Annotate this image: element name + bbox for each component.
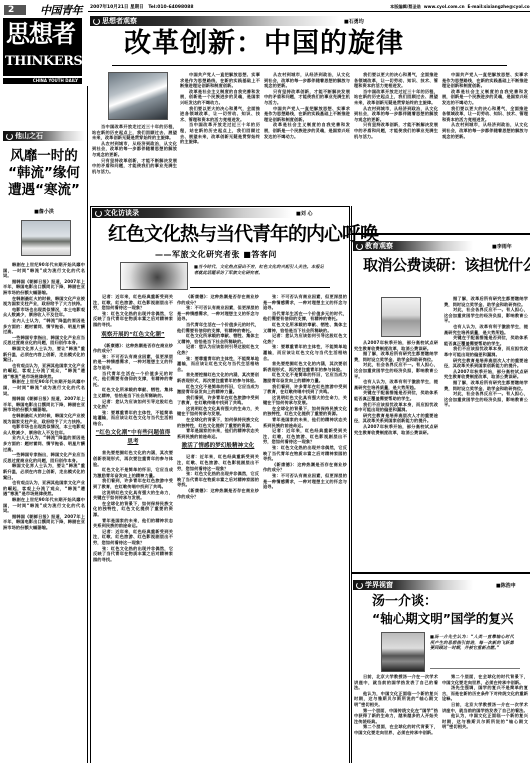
academia-intro: ■汤一介先生认为：“人类一直靠轴心时代所产生的思想指引前进，每一次新的飞跃都要回… <box>430 634 514 664</box>
academia-top-rule <box>352 572 530 574</box>
academia-headline-2: “轴心期文明”国学的复兴 <box>372 611 513 627</box>
education-col1: 从2007年秋季开始，部分高校试点研究生教育收费制度改革，取消公费读研。据了解，… <box>354 340 438 528</box>
section-icon <box>6 133 13 140</box>
top-headline: 改革创新：中国的旋律 <box>124 28 404 60</box>
phone: Tel:010-64098088 <box>148 5 193 10</box>
culture-col3: 张：不可否认有商业因素，但更深层的是一种情感需求，一种对理想主义的怀念与追寻。当… <box>263 294 347 763</box>
section-bar-culture: 文化访谈录 <box>92 208 292 218</box>
temple-photo <box>21 220 71 256</box>
culture-col1: 记者：近年来，红色经典重新受到关注，红歌、红色旅游、红色影视剧层出不穷，您如何看… <box>93 294 173 763</box>
section-bar-education: 教育观察 <box>353 241 473 251</box>
issue-date: 2007年10月21日 星期日 <box>90 5 144 10</box>
left-byline: ■詹小洪 <box>0 208 88 215</box>
section-bar-observation: 思想者观察 <box>90 16 340 26</box>
top-body-col5: 中国共产党人一直把解放思想、实事求是作为思想路线，在新的实践基础上不断推进理论创… <box>442 72 528 200</box>
culture-subhead-2: “红色文化潮”中有些问题值得思考 <box>93 429 173 447</box>
education-top-rule <box>352 233 530 235</box>
top-body-col1: 当中国改革开放走过近三十年的历程，站在新的历史起点上，我们回顾过去、展望未来，改… <box>92 124 177 202</box>
top-headline-rule <box>112 65 507 66</box>
section-name-cn: 思想者 <box>6 19 75 49</box>
education-col2: 据了解，改革后所有研究生都要缴纳学费，同时设立奖学金、助学金和助研岗位。对此，社… <box>444 296 528 528</box>
masthead-block: 2 中国青年报 思想者 THINKERS CHINA YOUTH DAILY <box>0 0 88 86</box>
header-rule <box>88 11 530 12</box>
left-body: 韩剧在上世纪90年代末期开始风靡中国，一时间“韩流”成为流行文化的代名词。据韩国… <box>3 262 85 762</box>
website: www.cyol.com.cn <box>424 4 465 9</box>
academia-col1: 日前，北京大学教授汤一介在一次学术讲座中，就当前的国学热发表了自己的看法。他认为… <box>354 674 438 763</box>
section-bar-tashan: 他山之石 <box>3 131 85 141</box>
academia-byline: ■陈浩申 <box>496 582 516 589</box>
section-label: 教育观察 <box>365 241 393 251</box>
culture-subheadline: ——军旅文化研究者张 ■答客问 <box>155 250 277 260</box>
seagull-photo <box>381 297 421 337</box>
culture-col2: 《新康德》：这种热潮是否存在商业炒作的成分？张：不可否认有商业因素，但更深层的是… <box>177 294 259 763</box>
section-label: 学界视窗 <box>365 580 393 590</box>
left-column-rule <box>87 86 88 763</box>
section-bar-academia: 学界视窗 <box>353 580 473 590</box>
culture-headline: 红色文化热与当代青年的内心呼唤 <box>108 222 378 246</box>
culture-subhead-1: 观察开展的“红色文化潮” <box>93 331 173 340</box>
section-title-block: 思想者 THINKERS <box>3 18 82 76</box>
top-byline: ■石勇均 <box>344 18 364 25</box>
editor: 本版编辑/蔡圣诰 <box>390 4 421 9</box>
culture-intro: ■当今时代，文化热点层出不穷，红色文化的兴起引人关注。本报记者就此话题采访了军旅… <box>194 264 324 284</box>
section-icon <box>356 582 363 589</box>
top-body-col2: 中国共产党人一直把解放思想、实事求是作为思想路线，在新的实践基础上不断推进理论创… <box>180 72 260 202</box>
section-icon <box>356 243 363 250</box>
section-label: 文化访谈录 <box>104 208 139 218</box>
culture-intro-rule <box>190 287 330 288</box>
culture-byline: ■刘 心 <box>296 210 312 217</box>
flower-photo <box>120 262 188 290</box>
wave-photo <box>108 72 168 120</box>
section-label: 他山之石 <box>15 131 43 141</box>
academia-intro-rule <box>430 668 520 669</box>
contact-line: 本版编辑/蔡圣诰 www.cyol.com.cn E-mail:sixiangz… <box>390 4 530 10</box>
culture-subhead-3: 激活了情感的梦幻般精神文化 <box>177 442 259 451</box>
top-body-col4: 我们要以更大的决心和勇气，全面推进各领域改革，让一切劳动、知识、技术、管理和资本… <box>354 72 438 202</box>
academia-headline-1: 汤一介谈： <box>372 594 437 610</box>
section-icon <box>93 18 100 25</box>
tagline-bar: CHINA YOUTH DAILY <box>3 78 82 84</box>
academia-col2: 第二个层面，在全球化的时代背景下，中国文化要走向世界，必须在传承中创新。汤先生强… <box>442 674 528 763</box>
page-number: 2 <box>8 5 14 15</box>
tagline: CHINA YOUTH DAILY <box>33 78 78 83</box>
section-label: 思想者观察 <box>102 16 137 26</box>
left-headline: 风靡一时的 “韩流”缘何 遭遇“寒流” <box>4 148 84 199</box>
date-line: 2007年10月21日 星期日 Tel:010-64098088 <box>90 4 194 10</box>
tree-photo <box>381 632 425 672</box>
section-name-en: THINKERS <box>5 54 82 70</box>
education-headline: 取消公费读研：该担忧什么 <box>363 255 530 275</box>
page-number-box: 2 <box>4 5 26 15</box>
top-body-col3: 从农村到城市，从经济到政治，从文化到社会，改革的每一步都伴随着思想的解放与观念的… <box>264 72 350 202</box>
section-icon <box>95 210 102 217</box>
right-column-rule <box>351 206 352 763</box>
email: E-mail:sixiangzhe@cyol.com <box>468 4 530 9</box>
education-byline: ■李雨年 <box>492 243 512 250</box>
